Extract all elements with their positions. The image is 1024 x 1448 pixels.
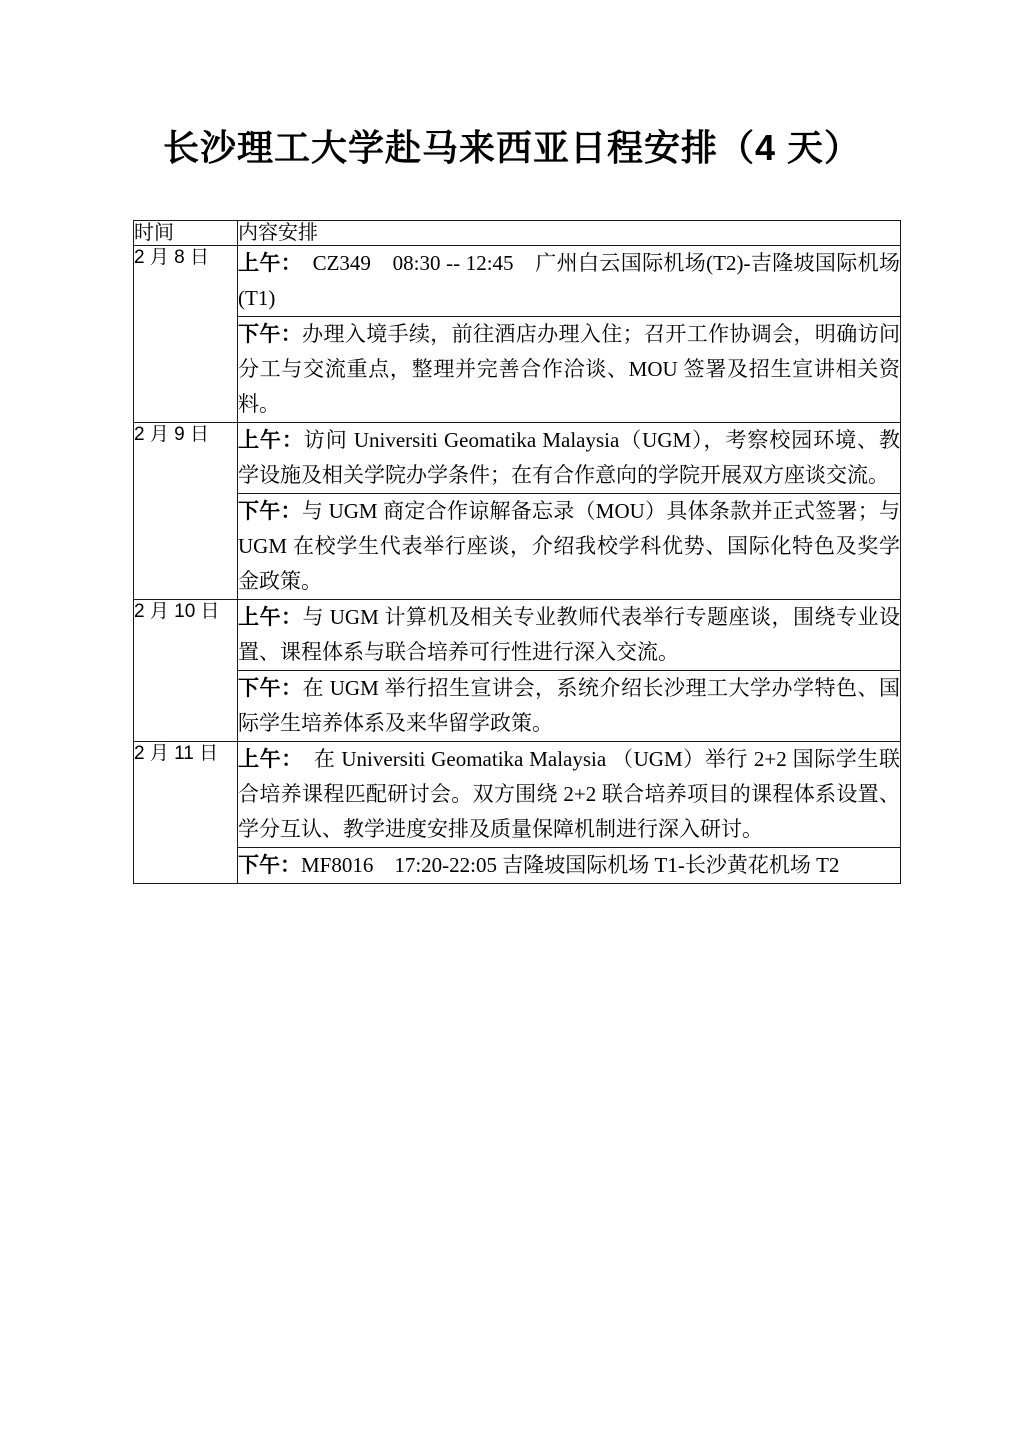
morning-text: 访问 Universiti Geomatika Malaysia（UGM），考察… (238, 428, 900, 487)
morning-cell: 上午：访问 Universiti Geomatika Malaysia（UGM）… (238, 423, 901, 494)
header-time: 时间 (134, 221, 238, 246)
afternoon-label: 下午： (238, 677, 303, 700)
afternoon-text: 办理入境手续，前往酒店办理入住；召开工作协调会，明确访问分工与交流重点，整理并完… (238, 322, 900, 416)
date-cell: 2 月 10 日 (134, 600, 238, 742)
afternoon-cell: 下午：MF8016 17:20-22:05 吉隆坡国际机场 T1-长沙黄花机场 … (238, 848, 901, 884)
morning-text: 在 Universiti Geomatika Malaysia （UGM）举行 … (238, 747, 900, 841)
table-row: 下午：与 UGM 商定合作谅解备忘录（MOU）具体条款并正式签署；与 UGM 在… (134, 494, 901, 600)
date-cell: 2 月 11 日 (134, 742, 238, 884)
table-row: 下午：办理入境手续，前往酒店办理入住；召开工作协调会，明确访问分工与交流重点，整… (134, 317, 901, 423)
table-row: 下午：MF8016 17:20-22:05 吉隆坡国际机场 T1-长沙黄花机场 … (134, 848, 901, 884)
table-row: 下午：在 UGM 举行招生宣讲会，系统介绍长沙理工大学办学特色、国际学生培养体系… (134, 671, 901, 742)
date-cell: 2 月 8 日 (134, 246, 238, 423)
morning-cell: 上午： CZ349 08:30 -- 12:45 广州白云国际机场(T2)-吉隆… (238, 246, 901, 317)
afternoon-text: MF8016 17:20-22:05 吉隆坡国际机场 T1-长沙黄花机场 T2 (301, 853, 839, 877)
morning-label: 上午： (238, 748, 303, 771)
morning-text: 与 UGM 计算机及相关专业教师代表举行专题座谈，围绕专业设置、课程体系与联合培… (238, 605, 900, 664)
morning-label: 上午： (238, 606, 303, 629)
afternoon-text: 与 UGM 商定合作谅解备忘录（MOU）具体条款并正式签署；与 UGM 在校学生… (238, 499, 900, 593)
afternoon-label: 下午： (238, 323, 302, 346)
page-title: 长沙理工大学赴马来西亚日程安排（4 天） (0, 0, 1024, 174)
morning-label: 上午： (238, 252, 302, 275)
schedule-table: 时间 内容安排 2 月 8 日 上午： CZ349 08:30 -- 12:45… (133, 220, 901, 884)
document-page: 长沙理工大学赴马来西亚日程安排（4 天） 时间 内容安排 2 月 8 日 上午：… (0, 0, 1024, 1448)
afternoon-label: 下午： (238, 854, 301, 877)
table-header-row: 时间 内容安排 (134, 221, 901, 246)
table-row: 2 月 10 日 上午：与 UGM 计算机及相关专业教师代表举行专题座谈，围绕专… (134, 600, 901, 671)
morning-label: 上午： (238, 429, 304, 452)
table-row: 2 月 11 日 上午： 在 Universiti Geomatika Mala… (134, 742, 901, 848)
morning-text: CZ349 08:30 -- 12:45 广州白云国际机场(T2)-吉隆坡国际机… (238, 251, 900, 310)
morning-cell: 上午： 在 Universiti Geomatika Malaysia （UGM… (238, 742, 901, 848)
afternoon-cell: 下午：在 UGM 举行招生宣讲会，系统介绍长沙理工大学办学特色、国际学生培养体系… (238, 671, 901, 742)
date-cell: 2 月 9 日 (134, 423, 238, 600)
table-row: 2 月 9 日 上午：访问 Universiti Geomatika Malay… (134, 423, 901, 494)
afternoon-text: 在 UGM 举行招生宣讲会，系统介绍长沙理工大学办学特色、国际学生培养体系及来华… (238, 676, 900, 735)
afternoon-label: 下午： (238, 500, 302, 523)
table-row: 2 月 8 日 上午： CZ349 08:30 -- 12:45 广州白云国际机… (134, 246, 901, 317)
afternoon-cell: 下午：办理入境手续，前往酒店办理入住；召开工作协调会，明确访问分工与交流重点，整… (238, 317, 901, 423)
afternoon-cell: 下午：与 UGM 商定合作谅解备忘录（MOU）具体条款并正式签署；与 UGM 在… (238, 494, 901, 600)
header-content: 内容安排 (238, 221, 901, 246)
morning-cell: 上午：与 UGM 计算机及相关专业教师代表举行专题座谈，围绕专业设置、课程体系与… (238, 600, 901, 671)
